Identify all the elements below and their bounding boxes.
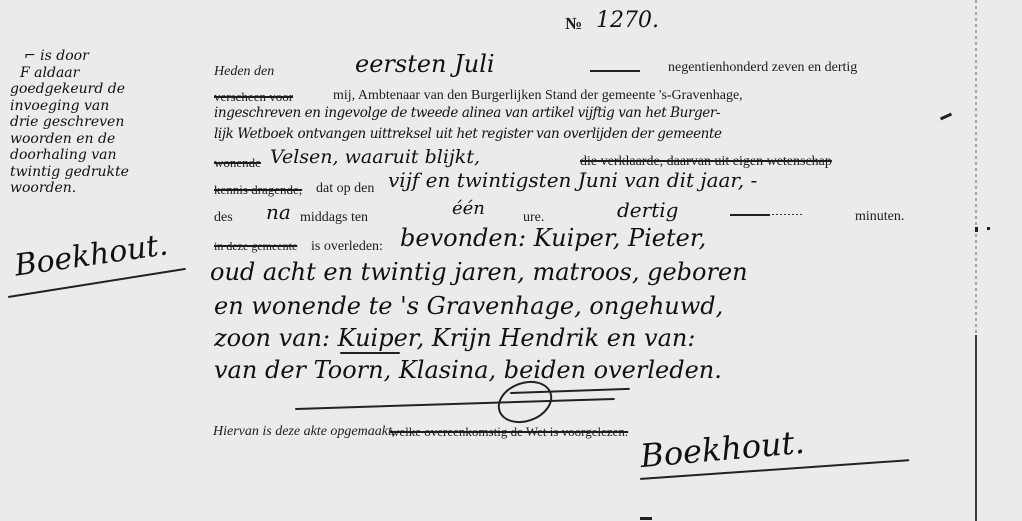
fill-dash-dotted (772, 214, 802, 215)
margin-note-line: drie geschreven (10, 114, 200, 131)
closing-flourish-line (295, 398, 615, 410)
printed-des: des (214, 210, 233, 226)
printed-minuten: minuten. (855, 209, 904, 225)
handwritten-minutes: dertig (617, 198, 678, 222)
stray-ink-mark (640, 517, 652, 520)
record-number-label: № (565, 14, 582, 34)
margin-note-line: ⌐ is door (10, 48, 200, 65)
page-column-rule-dark (975, 335, 977, 521)
fill-dash (730, 214, 770, 216)
margin-note-line: woorden en de (10, 131, 200, 148)
printed-is-overleden: is overleden: (311, 239, 383, 255)
handwritten-death-date: vijf en twintigsten Juni van dit jaar, - (388, 168, 757, 192)
handwritten-residence: en wonende te 's Gravenhage, ongehuwd, (214, 292, 723, 320)
handwritten-age-occupation: oud acht en twintig jaren, matroos, gebo… (210, 258, 748, 286)
stray-ink-mark (987, 227, 990, 230)
printed-ambtenaar: mij, Ambtenaar van den Burgerlijken Stan… (333, 88, 743, 104)
struck-kennis-dragende: kennis dragende, (214, 182, 302, 198)
handwritten-deceased-name: bevonden: Kuiper, Pieter, (400, 224, 706, 252)
margin-note-line: woorden. (10, 180, 200, 197)
stray-ink-mark (940, 113, 952, 121)
printed-middags-ten: middags ten (300, 210, 368, 226)
printed-heden-den: Heden den (214, 64, 274, 80)
handwritten-mother: van der Toorn, Klasina, beiden overleden… (214, 356, 722, 384)
stray-ink-mark (975, 227, 978, 232)
handwritten-insert-line4: lijk Wetboek ontvangen uittreksel uit he… (214, 126, 722, 142)
record-number: 1270. (596, 8, 659, 33)
margin-note-line: goedgekeurd de (10, 81, 200, 98)
printed-year: negentienhonderd zeven en dertig (668, 60, 857, 76)
printed-dat-op-den: dat op den (316, 181, 374, 197)
handwritten-insert-line3: ingeschreven en ingevolge de tweede alin… (214, 105, 720, 121)
handwritten-date: eersten Juli (355, 50, 495, 78)
scanned-document-page: № 1270. ⌐ is door F aldaar goedgekeurd d… (0, 0, 1022, 521)
struck-wonende: wonende (214, 155, 261, 171)
margin-annotation: ⌐ is door F aldaar goedgekeurd de invoeg… (10, 48, 200, 197)
handwritten-velsen: Velsen, waaruit blijkt, (270, 146, 480, 168)
margin-note-line: twintig gedrukte (10, 164, 200, 181)
struck-voorgelezen: welke overeenkomstig de Wet is voorgelez… (390, 424, 628, 440)
margin-note-line: F aldaar (10, 65, 200, 82)
margin-note-line: doorhaling van (10, 147, 200, 164)
surname-underline (340, 352, 400, 354)
handwritten-father: zoon van: Kuiper, Krijn Hendrik en van: (214, 324, 695, 352)
struck-verscheen-voor: verscheen voor (214, 89, 293, 105)
handwritten-hour: één (452, 198, 485, 219)
margin-note-line: invoeging van (10, 98, 200, 115)
printed-hiervan: Hiervan is deze akte opgemaakt, (213, 424, 395, 440)
handwritten-na: na (266, 200, 291, 224)
struck-in-deze-gemeente: in deze gemeente (214, 239, 297, 254)
fill-dash (590, 70, 640, 72)
